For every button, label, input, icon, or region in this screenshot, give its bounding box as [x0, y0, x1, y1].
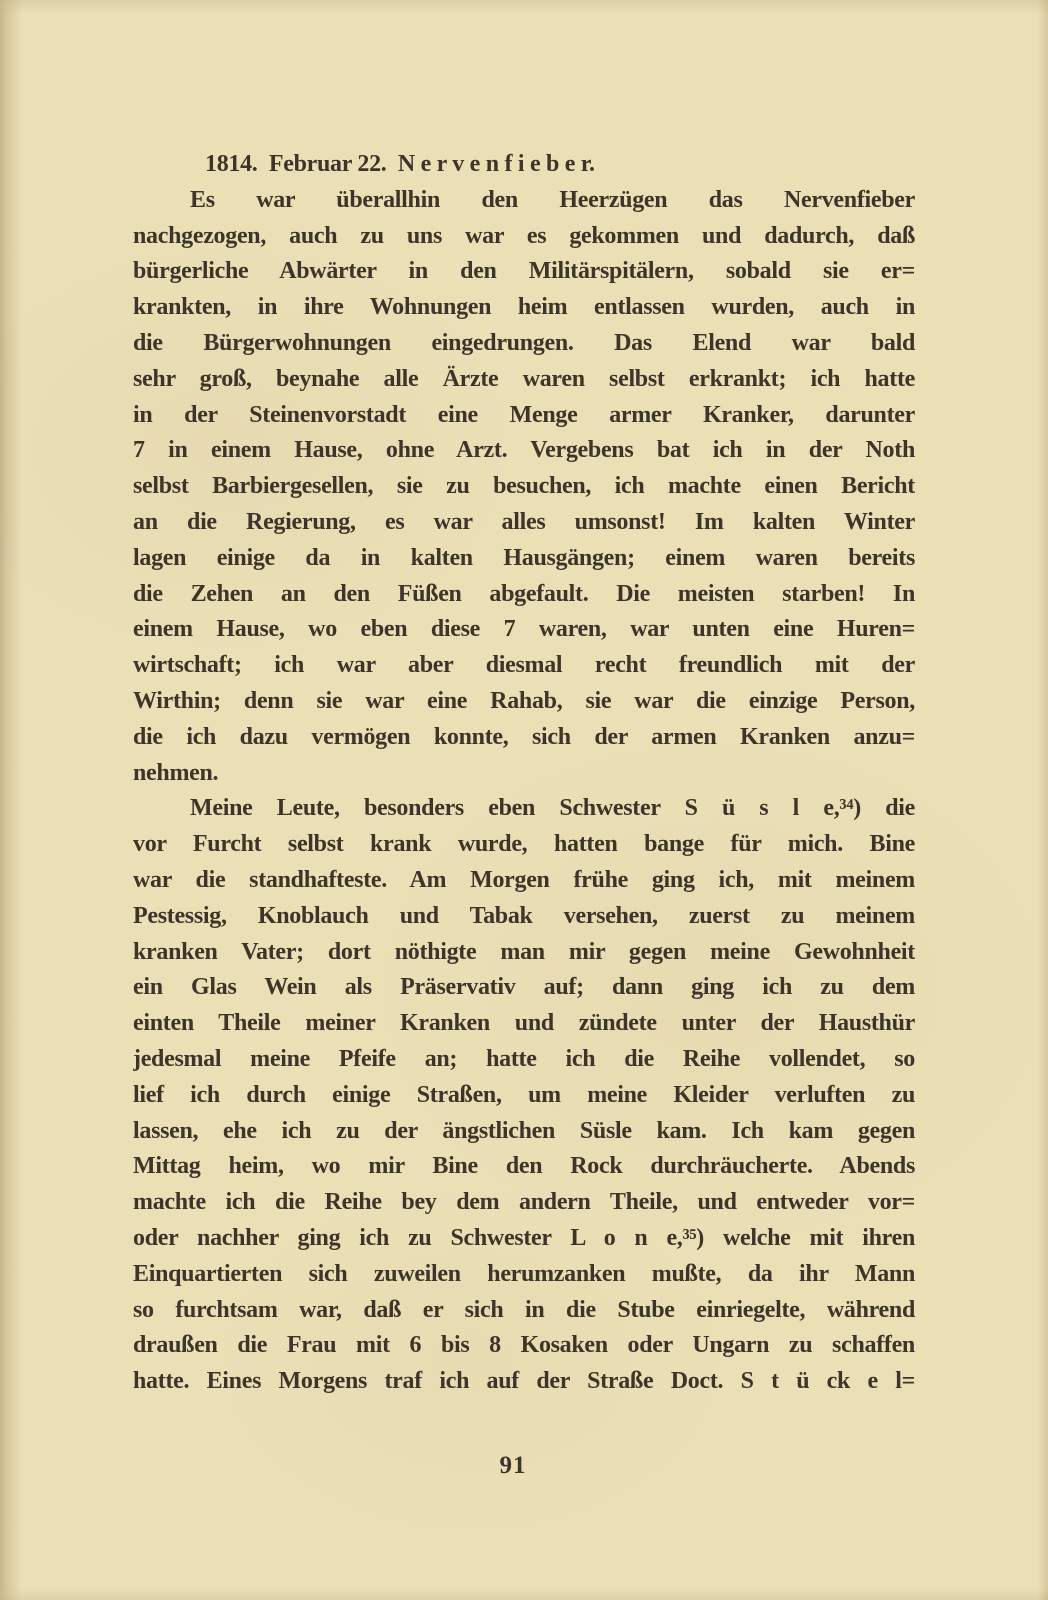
chapter-heading: 1814. Februar 22. N e r v e n f i e b e … — [133, 147, 915, 183]
text-line: machte ich die Reihe bey dem andern Thei… — [133, 1185, 915, 1221]
text-line: die ich dazu vermögen konnte, sich der a… — [133, 720, 915, 756]
text-line: an die Regierung, es war alles umsonst! … — [133, 505, 915, 541]
text-line: krankten, in ihre Wohnungen heim entlass… — [133, 290, 915, 326]
text-line: lassen, ehe ich zu der ängstlichen Süsle… — [133, 1114, 915, 1150]
text-line: so furchtsam war, daß er sich in die Stu… — [133, 1293, 915, 1329]
text-line: lief ich durch einige Straßen, um meine … — [133, 1078, 915, 1114]
text-block: 1814. Februar 22. N e r v e n f i e b e … — [133, 147, 915, 1400]
text-line: Mittag heim, wo mir Bine den Rock durchr… — [133, 1149, 915, 1185]
text-line: die Bürgerwohnungen eingedrungen. Das El… — [133, 326, 915, 362]
text-line: Wirthin; denn sie war eine Rahab, sie wa… — [133, 684, 915, 720]
text-line: hatte. Eines Morgens traf ich auf der St… — [133, 1364, 915, 1400]
text-line: sehr groß, beynahe alle Ärzte waren selb… — [133, 362, 915, 398]
book-page: 1814. Februar 22. N e r v e n f i e b e … — [0, 0, 1048, 1600]
text-line: bürgerliche Abwärter in den Militärspitä… — [133, 254, 915, 290]
text-line: kranken Vater; dort nöthigte man mir geg… — [133, 935, 915, 971]
paragraph-lines: Es war überallhin den Heerzügen das Nerv… — [133, 183, 915, 1400]
text-line: selbst Barbiergesellen, sie zu besuchen,… — [133, 469, 915, 505]
text-line: oder nachher ging ich zu Schwester L o n… — [133, 1221, 915, 1257]
text-line: lagen einige da in kalten Hausgängen; ei… — [133, 541, 915, 577]
text-line: 7 in einem Hause, ohne Arzt. Vergebens b… — [133, 433, 915, 469]
text-line: vor Furcht selbst krank wurde, hatten ba… — [133, 827, 915, 863]
text-line: nachgezogen, auch zu uns war es gekommen… — [133, 219, 915, 255]
text-line: nehmen. — [133, 756, 915, 792]
text-line: war die standhafteste. Am Morgen frühe g… — [133, 863, 915, 899]
text-line: in der Steinenvorstadt eine Menge armer … — [133, 398, 915, 434]
text-line: ein Glas Wein als Präservativ auf; dann … — [133, 970, 915, 1006]
page-number: 91 — [133, 1452, 893, 1480]
text-line: Einquartierten sich zuweilen herumzanken… — [133, 1257, 915, 1293]
text-line: Meine Leute, besonders eben Schwester S … — [133, 791, 915, 827]
text-line: jedesmal meine Pfeife an; hatte ich die … — [133, 1042, 915, 1078]
text-line: Pestessig, Knoblauch und Tabak versehen,… — [133, 899, 915, 935]
text-line: Es war überallhin den Heerzügen das Nerv… — [133, 183, 915, 219]
text-line: die Zehen an den Füßen abgefault. Die me… — [133, 577, 915, 613]
text-line: draußen die Frau mit 6 bis 8 Kosaken ode… — [133, 1328, 915, 1364]
text-line: wirtschaft; ich war aber diesmal recht f… — [133, 648, 915, 684]
text-line: einten Theile meiner Kranken und zündete… — [133, 1006, 915, 1042]
text-line: einem Hause, wo eben diese 7 waren, war … — [133, 612, 915, 648]
